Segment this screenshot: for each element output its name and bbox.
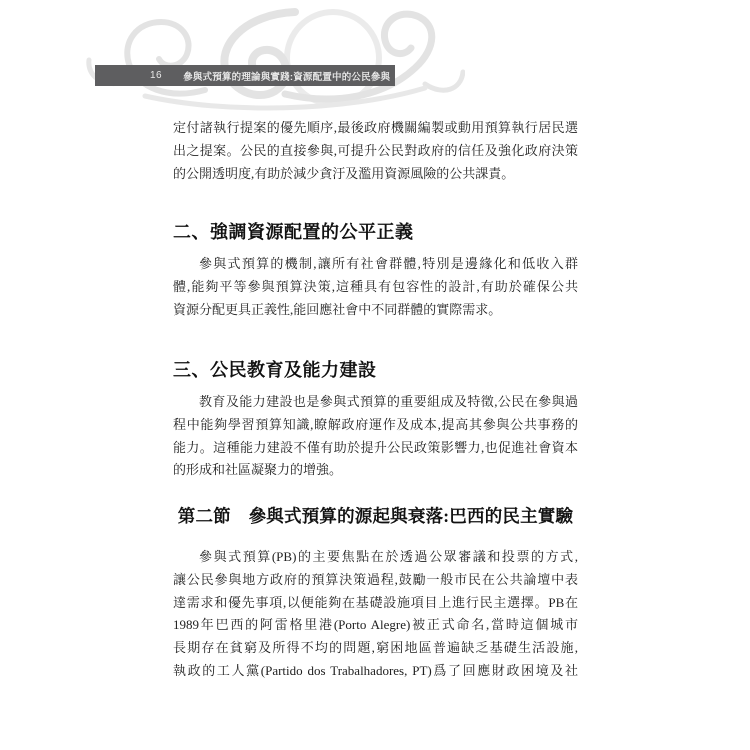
- paragraph-4: 參與式預算(PB)的主要焦點在於透過公眾審議和投票的方式, 讓公民參與地方政府的…: [173, 546, 578, 683]
- paragraph-line: 讓公民參與地方政府的預算決策過程,鼓勵一般市民在公共論壇中表: [173, 569, 578, 592]
- section-heading: 第二節 參與式預算的源起與衰落:巴西的民主實驗: [173, 503, 578, 528]
- paragraph-line: 的公開透明度,有助於減少貪汙及濫用資源風險的公共課責。: [173, 163, 578, 186]
- paragraph-line: 定付諸執行提案的優先順序,最後政府機關編製或動用預算執行居民選: [173, 117, 578, 140]
- paragraph-1: 定付諸執行提案的優先順序,最後政府機關編製或動用預算執行居民選 出之提案。公民的…: [173, 117, 578, 185]
- paragraph-line: 參與式預算(PB)的主要焦點在於透過公眾審議和投票的方式,: [173, 546, 578, 569]
- paragraph-line: 教育及能力建設也是參與式預算的重要組成及特徵,公民在參與過: [173, 391, 578, 414]
- paragraph-line: 出之提案。公民的直接參與,可提升公民對政府的信任及強化政府決策: [173, 140, 578, 163]
- paragraph-line: 參與式預算的機制,讓所有社會群體,特別是邊緣化和低收入群: [173, 253, 578, 276]
- subheading-2: 二、強調資源配置的公平正義: [173, 218, 578, 244]
- paragraph-line: 達需求和優先事項,以便能夠在基礎設施項目上進行民主選擇。PB在: [173, 592, 578, 615]
- paragraph-line: 1989年巴西的阿雷格里港(Porto Alegre)被正式命名,當時這個城市: [173, 614, 578, 637]
- paragraph-2: 參與式預算的機制,讓所有社會群體,特別是邊緣化和低收入群 體,能夠平等參與預算決…: [173, 253, 578, 321]
- paragraph-line: 執政的工人黨(Partido dos Trabalhadores, PT)爲了回…: [173, 660, 578, 683]
- flourish-swirl-ornament-icon: [85, 4, 465, 114]
- paragraph-line: 資源分配更具正義性,能回應社會中不同群體的實際需求。: [173, 299, 578, 322]
- paragraph-line: 的形成和社區凝聚力的增強。: [173, 459, 578, 482]
- paragraph-line: 長期存在貧窮及所得不均的問題,窮困地區普遍缺乏基礎生活設施,: [173, 637, 578, 660]
- paragraph-line: 能力。這種能力建設不僅有助於提升公民政策影響力,也促進社會資本: [173, 437, 578, 460]
- paragraph-line: 程中能夠學習預算知識,瞭解政府運作及成本,提高其參與公共事務的: [173, 414, 578, 437]
- page-number: 16: [150, 70, 162, 81]
- subheading-3: 三、公民教育及能力建設: [173, 356, 578, 382]
- paragraph-line: 體,能夠平等參與預算決策,這種具有包容性的設計,有助於確保公共: [173, 276, 578, 299]
- paragraph-3: 教育及能力建設也是參與式預算的重要組成及特徵,公民在參與過 程中能夠學習預算知識…: [173, 391, 578, 482]
- running-header-bar: 16 參與式預算的理論與實踐:資源配置中的公民參與: [95, 65, 395, 86]
- book-page: 16 參與式預算的理論與實踐:資源配置中的公民參與 定付諸執行提案的優先順序,最…: [0, 0, 750, 750]
- running-title: 參與式預算的理論與實踐:資源配置中的公民參與: [183, 69, 390, 83]
